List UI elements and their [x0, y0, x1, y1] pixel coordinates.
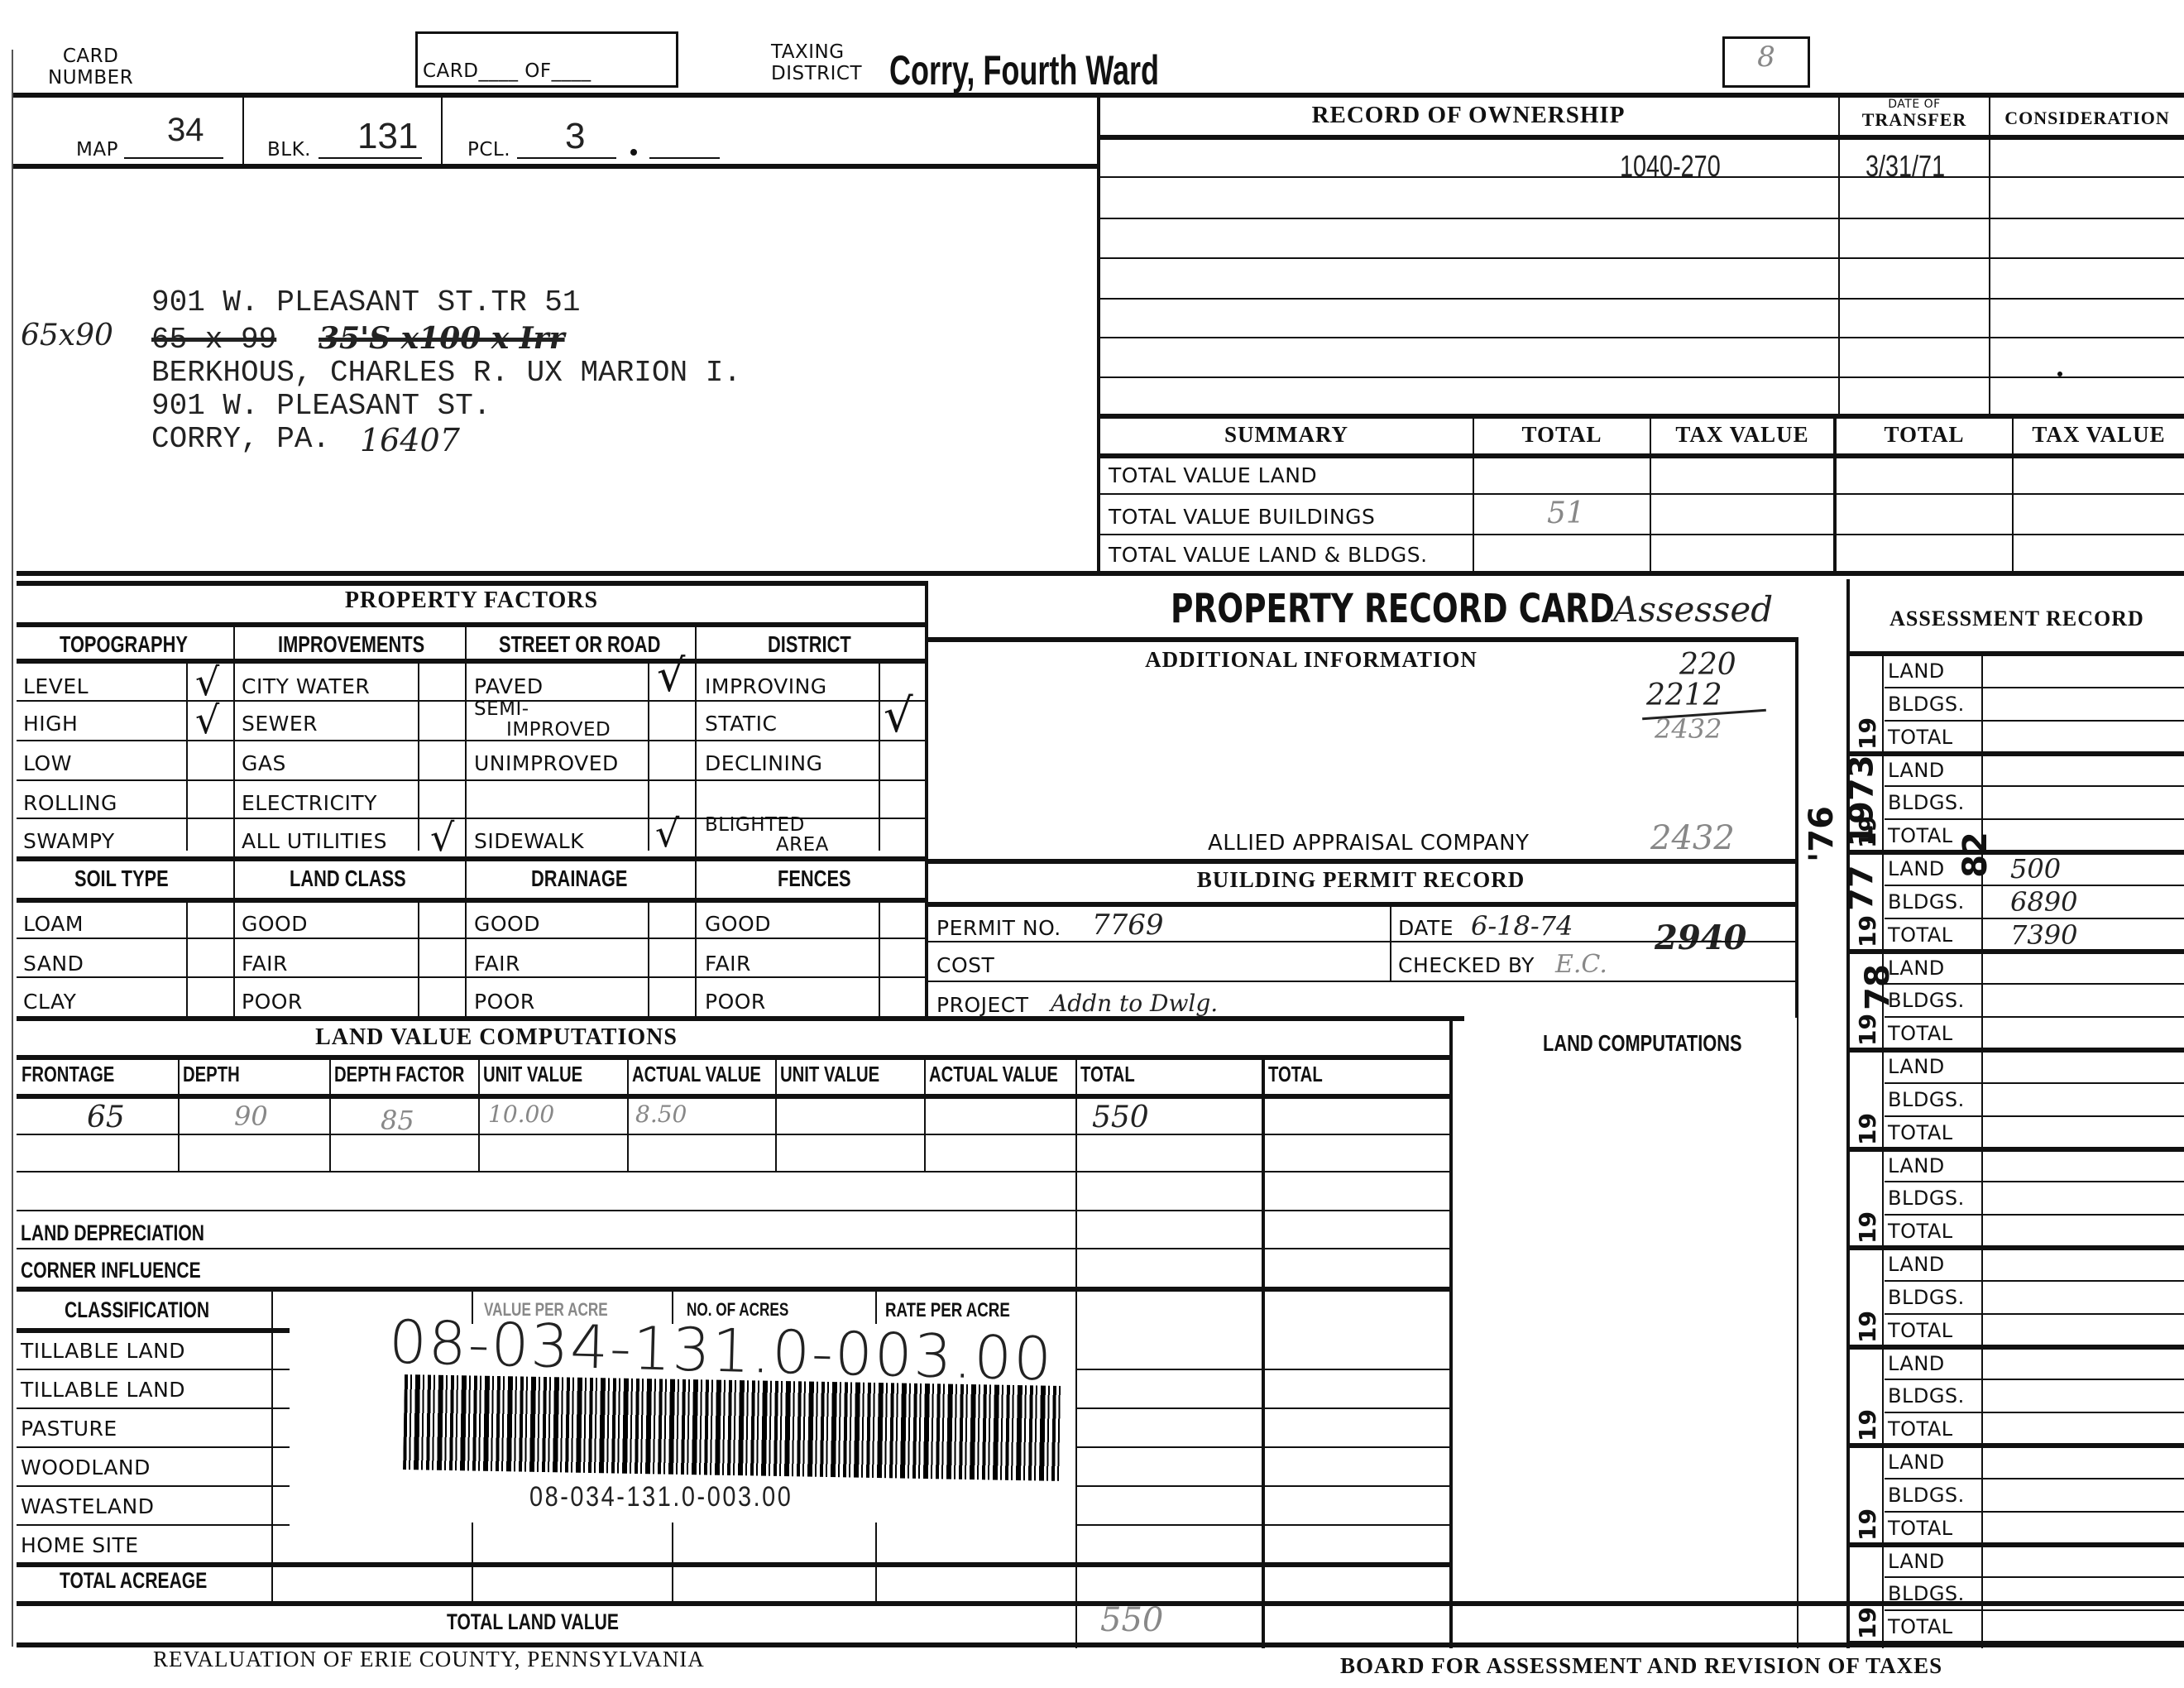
factors-bottom — [17, 856, 927, 861]
street-sidewalk: SIDEWALK — [474, 829, 584, 853]
taxing-label: TAXING — [771, 41, 862, 63]
assessment-label-total: TOTAL — [1888, 1022, 1953, 1045]
summary-top-divider — [1100, 414, 2184, 419]
soil-header-line — [17, 898, 927, 903]
assessment-header-line — [1850, 651, 2184, 656]
fences-good: GOOD — [705, 912, 771, 936]
map-value: 34 — [167, 112, 204, 149]
lv-col-header: TOTAL — [1268, 1062, 1323, 1087]
card-of-label: CARD____ OF____ — [423, 60, 591, 82]
summary-row-buildings: TOTAL VALUE BUILDINGS — [1109, 505, 1375, 529]
col-divider — [233, 622, 235, 1018]
land-class-poor: POOR — [242, 990, 303, 1014]
additional-info-title: ADDITIONAL INFORMATION — [927, 647, 1795, 673]
row-line — [17, 700, 927, 702]
lv-col-divider — [924, 1055, 926, 1171]
company-note: 2432 — [1650, 819, 1735, 857]
col-street-or-road: STREET OR ROAD — [499, 631, 660, 658]
topo-swampy: SWAMPY — [23, 829, 115, 853]
blk-underline — [318, 157, 422, 159]
check-col — [418, 660, 419, 851]
row-line — [1885, 818, 2184, 820]
row-line — [1075, 1446, 1452, 1448]
summary-tax-2: TAX VALUE — [2014, 422, 2184, 448]
row-line — [1885, 1313, 2184, 1315]
lv-col-divider — [178, 1055, 180, 1171]
row-line — [1100, 218, 2184, 219]
col-soil-type: SOIL TYPE — [74, 866, 169, 892]
street-paved: PAVED — [474, 674, 544, 698]
permit-date-value: 6-18-74 — [1471, 910, 1573, 942]
permit-checked-label: CHECKED BY — [1398, 953, 1535, 977]
row-line — [17, 938, 927, 939]
pcl-value: 3 — [565, 116, 585, 157]
row-line — [1100, 376, 2184, 378]
assessment-stamp-col — [1797, 637, 1798, 1648]
col-divider — [695, 622, 697, 1018]
taxing-district-value: Corry, Fourth Ward — [889, 46, 1159, 94]
district-static: STATIC — [705, 712, 777, 736]
row-line — [1075, 1407, 1452, 1409]
row-line — [17, 976, 927, 978]
row-line — [17, 1210, 1075, 1211]
ownership-record-1: 1040-270 — [1620, 149, 1721, 184]
summary-tax-1: TAX VALUE — [1651, 422, 1833, 448]
row-line — [1100, 337, 2184, 338]
assessment-label-land: LAND — [1888, 857, 1945, 880]
row-line — [1885, 1478, 2184, 1479]
assessment-label-total: TOTAL — [1888, 824, 1953, 847]
calc-line-1: 220 — [1679, 648, 1736, 682]
allied-appraisal-company: ALLIED APPRAISAL COMPANY — [1208, 831, 1529, 856]
assessment-label-bldgs: BLDGS. — [1888, 1088, 1965, 1111]
row-line — [1075, 1524, 1452, 1526]
fences-poor: POOR — [705, 990, 766, 1014]
assessment-label-land: LAND — [1888, 1253, 1945, 1276]
soil-clay: CLAY — [23, 990, 76, 1014]
district-declining: DECLINING — [705, 751, 822, 775]
classification-title: CLASSIFICATION — [65, 1297, 209, 1323]
check-icon: √ — [884, 689, 913, 743]
lv-col-header: UNIT VALUE — [780, 1062, 879, 1087]
check-col — [879, 660, 880, 851]
col-district: DISTRICT — [768, 631, 851, 658]
classification-header-line — [17, 1328, 290, 1333]
row-line — [1885, 1082, 2184, 1084]
topo-rolling: ROLLING — [23, 791, 117, 815]
assessment-label-total: TOTAL — [1888, 1220, 1953, 1243]
blk-label: BLK. — [267, 139, 311, 161]
check-col — [648, 660, 649, 851]
row-line — [1885, 785, 2184, 787]
calc-line-2: 2212 — [1646, 679, 1722, 712]
parcel-barcode-text: 08-034-131.0-003.00 — [529, 1481, 793, 1513]
row-line — [17, 740, 927, 741]
total-land-value: 550 — [1100, 1601, 1163, 1639]
drainage-poor: POOR — [474, 990, 535, 1014]
street-semi-improved: SEMI- IMPROVED — [474, 699, 611, 741]
assessment-value-bldgs: 6890 — [2010, 886, 2077, 918]
fences-fair: FAIR — [705, 952, 751, 976]
owner-name: BERKHOUS, CHARLES R. UX MARION I. — [151, 356, 741, 390]
summary-row-land: TOTAL VALUE LAND — [1109, 463, 1317, 487]
row-line — [1100, 534, 2184, 535]
address-line-2-struck-2: 35'S x100 x Irr — [318, 321, 565, 356]
year-prefix: 19 — [1854, 717, 1881, 750]
street-unimproved: UNIMPROVED — [474, 751, 619, 775]
check-col — [186, 660, 188, 851]
assessment-label-land: LAND — [1888, 1451, 1945, 1474]
owner-city: CORRY, PA. — [151, 422, 330, 456]
block-divider — [1850, 1443, 2184, 1448]
map-label: MAP — [76, 139, 118, 161]
assessment-label-bldgs: BLDGS. — [1888, 989, 1965, 1012]
lv-actual-value: 8.50 — [635, 1101, 687, 1128]
factors-top — [17, 581, 927, 586]
stamped-year-82: 82 — [1956, 832, 1995, 878]
lv-col-divider — [627, 1055, 629, 1171]
permit-checked-value: E.C. — [1555, 950, 1607, 979]
classification-row: PASTURE — [21, 1417, 117, 1441]
pcl-sub-underline — [649, 157, 720, 159]
owner-street: 901 W. PLEASANT ST. — [151, 389, 491, 423]
check-col — [879, 900, 880, 1018]
transfer-label: TRANSFER — [1840, 109, 1989, 131]
year-prefix: 19 — [1854, 1508, 1881, 1541]
page-edge — [12, 50, 13, 1647]
assessment-label-bldgs: BLDGS. — [1888, 791, 1965, 814]
owner-zip: 16407 — [360, 422, 460, 458]
card-label: CARD — [48, 46, 133, 67]
card-number-label: CARD NUMBER — [48, 46, 133, 89]
row-line — [1885, 720, 2184, 722]
factors-header-line — [17, 622, 927, 627]
taxing-district-label: TAXING DISTRICT — [771, 41, 862, 84]
classification-row: TILLABLE LAND — [21, 1378, 185, 1402]
total-acreage-label: TOTAL ACREAGE — [60, 1568, 207, 1594]
land-class-good: GOOD — [242, 912, 308, 936]
block-divider — [1850, 1345, 2184, 1350]
footer-right: BOARD FOR ASSESSMENT AND REVISION OF TAX… — [1340, 1653, 1942, 1679]
stray-dot — [2057, 372, 2062, 376]
mid-divider — [17, 571, 2184, 576]
row-line — [1100, 298, 2184, 300]
lv-col-header: ACTUAL VALUE — [929, 1062, 1058, 1087]
assessment-label-land: LAND — [1888, 1154, 1945, 1177]
row-line — [1075, 1369, 1452, 1370]
lv-col-header: DEPTH — [183, 1062, 240, 1087]
ownership-date-1: 3/31/71 — [1865, 149, 1945, 184]
district-label: DISTRICT — [771, 63, 862, 84]
corner-influence-label: CORNER INFLUENCE — [21, 1258, 201, 1283]
stamped-year-1973: 1973 — [1843, 755, 1881, 846]
record-card-divider — [927, 637, 1795, 642]
topo-level: LEVEL — [23, 674, 89, 698]
row-line — [1885, 1214, 2184, 1216]
divider — [242, 95, 244, 168]
permit-cost-label: COST — [936, 953, 994, 977]
year-prefix: 19 — [1854, 1409, 1881, 1441]
property-record-card-title: PROPERTY RECORD CARD — [1171, 586, 1615, 632]
block-divider — [1850, 751, 2184, 756]
row-line — [1885, 1511, 2184, 1513]
factors-subheader-line — [17, 659, 927, 664]
assessment-value-land: 500 — [2010, 853, 2061, 885]
map-row-divider — [12, 164, 1100, 169]
permit-side-value: 2940 — [1655, 918, 1746, 957]
total-acreage-top — [17, 1562, 1452, 1567]
lv-col-header: FRONTAGE — [22, 1062, 114, 1087]
lv-col-header: TOTAL — [1080, 1062, 1135, 1087]
assessment-label-total: TOTAL — [1888, 1319, 1953, 1342]
check-icon: √ — [195, 698, 219, 742]
col-improvements: IMPROVEMENTS — [278, 631, 424, 658]
acre-header-rate-per-acre: RATE PER ACRE — [885, 1299, 1010, 1322]
lv-depth: 90 — [234, 1101, 268, 1132]
drainage-fair: FAIR — [474, 952, 520, 976]
lv-header-top — [17, 1055, 1452, 1060]
row-line — [1885, 983, 2184, 985]
ownership-left-border — [1097, 95, 1100, 571]
summary-total-2: TOTAL — [1837, 422, 2012, 448]
year-prefix: 19 — [1854, 1311, 1881, 1343]
assessment-label-bldgs: BLDGS. — [1888, 1484, 1965, 1507]
lv-col-divider — [478, 1055, 480, 1171]
topo-low: LOW — [23, 751, 72, 775]
block-divider — [1850, 1542, 2184, 1547]
drainage-good: GOOD — [474, 912, 540, 936]
block-divider — [1850, 1245, 2184, 1250]
calc-line-3: 2432 — [1655, 713, 1722, 745]
block-divider — [1850, 1048, 2184, 1053]
row-line — [927, 981, 1795, 982]
address-line-2-struck-1: 65 x 99 — [151, 323, 276, 357]
sequence-number: 8 — [1725, 39, 1808, 75]
classification-row: TILLABLE LAND — [21, 1339, 185, 1363]
check-col — [418, 900, 419, 1018]
check-col — [186, 900, 188, 1018]
stamped-year-76: '76 — [1803, 806, 1841, 862]
col-drainage: DRAINAGE — [531, 866, 627, 892]
lv-total2-col — [1262, 1055, 1265, 1648]
summary-title: SUMMARY — [1100, 422, 1473, 448]
footer-left: REVALUATION OF ERIE COUNTY, PENNSYLVANIA — [153, 1647, 705, 1672]
assessment-label-total: TOTAL — [1888, 1615, 1953, 1638]
permit-project-label: PROJECT — [936, 993, 1029, 1017]
permit-date-label: DATE — [1398, 916, 1454, 940]
impr-electricity: ELECTRICITY — [242, 791, 377, 815]
assessment-label-total: TOTAL — [1888, 726, 1953, 749]
land-class-fair: FAIR — [242, 952, 288, 976]
classification-row: WOODLAND — [21, 1455, 151, 1479]
row-line — [1885, 1016, 2184, 1018]
parcel-barcode — [403, 1374, 1063, 1481]
row-line — [1885, 1412, 2184, 1413]
lv-col-header: DEPTH FACTOR — [334, 1062, 464, 1087]
block-divider — [1850, 949, 2184, 954]
row-line — [17, 1446, 290, 1448]
assessment-label-land: LAND — [1888, 659, 1945, 683]
classification-top — [17, 1287, 1452, 1292]
assessment-label-bldgs: BLDGS. — [1888, 1286, 1965, 1309]
assessment-label-bldgs: BLDGS. — [1888, 890, 1965, 914]
assessment-label-land: LAND — [1888, 1055, 1945, 1078]
check-icon: √ — [655, 811, 679, 856]
check-icon: √ — [430, 815, 454, 860]
stamped-year-77: 77 — [1842, 865, 1880, 911]
assessment-record-title: ASSESSMENT RECORD — [1850, 607, 2184, 631]
permit-project-value: Addn to Dwlg. — [1051, 990, 1218, 1017]
year-prefix: 19 — [1854, 1014, 1881, 1046]
land-comp-left — [1449, 1018, 1453, 1648]
permit-no-value: 7769 — [1092, 909, 1164, 942]
property-factors-title: PROPERTY FACTORS — [17, 587, 927, 614]
summary-total-1: TOTAL — [1474, 422, 1650, 448]
sequence-box: 8 — [1722, 36, 1810, 88]
row-line — [1100, 493, 2184, 495]
assessment-label-bldgs: BLDGS. — [1888, 693, 1965, 716]
year-prefix: 19 — [1854, 1211, 1881, 1244]
pcl-dot — [630, 149, 637, 156]
row-line — [927, 941, 1795, 942]
row-line — [1885, 1379, 2184, 1380]
row-line — [1885, 1280, 2184, 1282]
impr-city-water: CITY WATER — [242, 674, 370, 698]
row-line — [17, 1171, 1452, 1172]
row-line — [1885, 1609, 2184, 1611]
year-prefix: 19 — [1854, 1607, 1881, 1639]
row-line — [1885, 1115, 2184, 1117]
summary-row-land-bldgs: TOTAL VALUE LAND & BLDGS. — [1109, 543, 1428, 567]
assessment-label-bldgs: BLDGS. — [1888, 1384, 1965, 1407]
assessment-label-total: TOTAL — [1888, 1121, 1953, 1144]
permit-top — [927, 859, 1795, 864]
lv-total-col — [1075, 1055, 1077, 1648]
assessment-value-total: 7390 — [2010, 919, 2077, 951]
blk-value: 131 — [357, 116, 418, 157]
classification-row: WASTELAND — [21, 1494, 154, 1518]
check-col — [648, 900, 649, 1018]
col-topography: TOPOGRAPHY — [60, 631, 188, 658]
impr-all-utilities: ALL UTILITIES — [242, 829, 387, 853]
soil-bottom — [17, 1016, 1464, 1021]
number-label: NUMBER — [48, 67, 133, 89]
card-of-box: CARD____ OF____ — [415, 31, 678, 88]
pcl-underline — [517, 157, 616, 159]
check-icon: √ — [657, 650, 685, 702]
col-fences: FENCES — [778, 866, 851, 892]
row-line — [1075, 1485, 1452, 1487]
consideration-label: CONSIDERATION — [1990, 108, 2184, 129]
district-improving: IMPROVING — [705, 674, 827, 698]
margin-note: 65x90 — [21, 319, 113, 352]
stamped-year-78: 78 — [1859, 964, 1897, 1010]
permit-no-label: PERMIT NO. — [936, 916, 1061, 940]
lv-col-divider — [775, 1055, 777, 1171]
assessment-left-border — [1846, 579, 1850, 1648]
district-blighted-area: BLIGHTED AREA — [705, 815, 829, 855]
row-line — [17, 1524, 290, 1526]
assessment-label-total: TOTAL — [1888, 923, 1953, 947]
row-line — [1885, 1576, 2184, 1578]
ownership-date-col — [1838, 95, 1840, 414]
year-prefix: 19 — [1854, 1113, 1881, 1145]
address-line-1: 901 W. PLEASANT ST.TR 51 — [151, 285, 580, 319]
row-line — [17, 1407, 290, 1409]
row-line — [17, 1134, 1452, 1135]
land-depreciation-label: LAND DEPRECIATION — [21, 1220, 204, 1246]
summary-buildings-total: 51 — [1547, 496, 1585, 530]
impr-gas: GAS — [242, 751, 286, 775]
building-permit-title: BUILDING PERMIT RECORD — [927, 867, 1795, 893]
lv-unit-value: 10.00 — [488, 1101, 554, 1128]
map-underline — [124, 157, 223, 159]
lv-col-header: ACTUAL VALUE — [632, 1062, 761, 1087]
block-divider — [1850, 1147, 2184, 1152]
ownership-consid-col — [1989, 95, 1990, 414]
land-value-title: LAND VALUE COMPUTATIONS — [17, 1024, 1456, 1051]
lv-col-header: UNIT VALUE — [483, 1062, 582, 1087]
row-line — [1885, 1181, 2184, 1182]
total-land-value-label: TOTAL LAND VALUE — [447, 1609, 619, 1635]
permit-header-line — [927, 902, 1795, 907]
row-line — [17, 1248, 1452, 1249]
pcl-label: PCL. — [467, 139, 510, 161]
assessment-label-bldgs: BLDGS. — [1888, 1187, 1965, 1210]
assessment-label-land: LAND — [1888, 1352, 1945, 1375]
assessment-label-land: LAND — [1888, 1550, 1945, 1573]
row-line — [17, 1485, 290, 1487]
summary-header-divider — [1100, 453, 2184, 458]
assessed-stamp: Assessed — [1613, 589, 1773, 630]
soil-sand: SAND — [23, 952, 84, 976]
lv-total: 550 — [1092, 1101, 1149, 1134]
assessment-label-land: LAND — [1888, 759, 1945, 782]
year-prefix: 19 — [1854, 915, 1881, 947]
row-line — [1100, 257, 2184, 259]
lv-header-bottom — [17, 1094, 1452, 1099]
land-computations-title: LAND COMPUTATIONS — [1543, 1030, 1742, 1057]
lv-col-divider — [329, 1055, 331, 1171]
assessment-label-total: TOTAL — [1888, 1417, 1953, 1441]
row-line — [17, 1369, 290, 1370]
col-land-class: LAND CLASS — [290, 866, 406, 892]
row-line — [17, 779, 927, 781]
assessment-label-total: TOTAL — [1888, 1517, 1953, 1540]
soil-loam: LOAM — [23, 912, 84, 936]
row-line — [1885, 687, 2184, 688]
ownership-title: RECORD OF OWNERSHIP — [1100, 102, 1837, 129]
classification-row: HOME SITE — [21, 1533, 139, 1557]
ownership-header-divider — [1100, 135, 2184, 140]
lv-depth-factor: 85 — [381, 1105, 414, 1136]
col-divider — [465, 622, 467, 1018]
impr-sewer: SEWER — [242, 712, 318, 736]
lv-frontage: 65 — [87, 1101, 125, 1134]
topo-high: HIGH — [23, 712, 78, 736]
divider — [441, 95, 443, 168]
